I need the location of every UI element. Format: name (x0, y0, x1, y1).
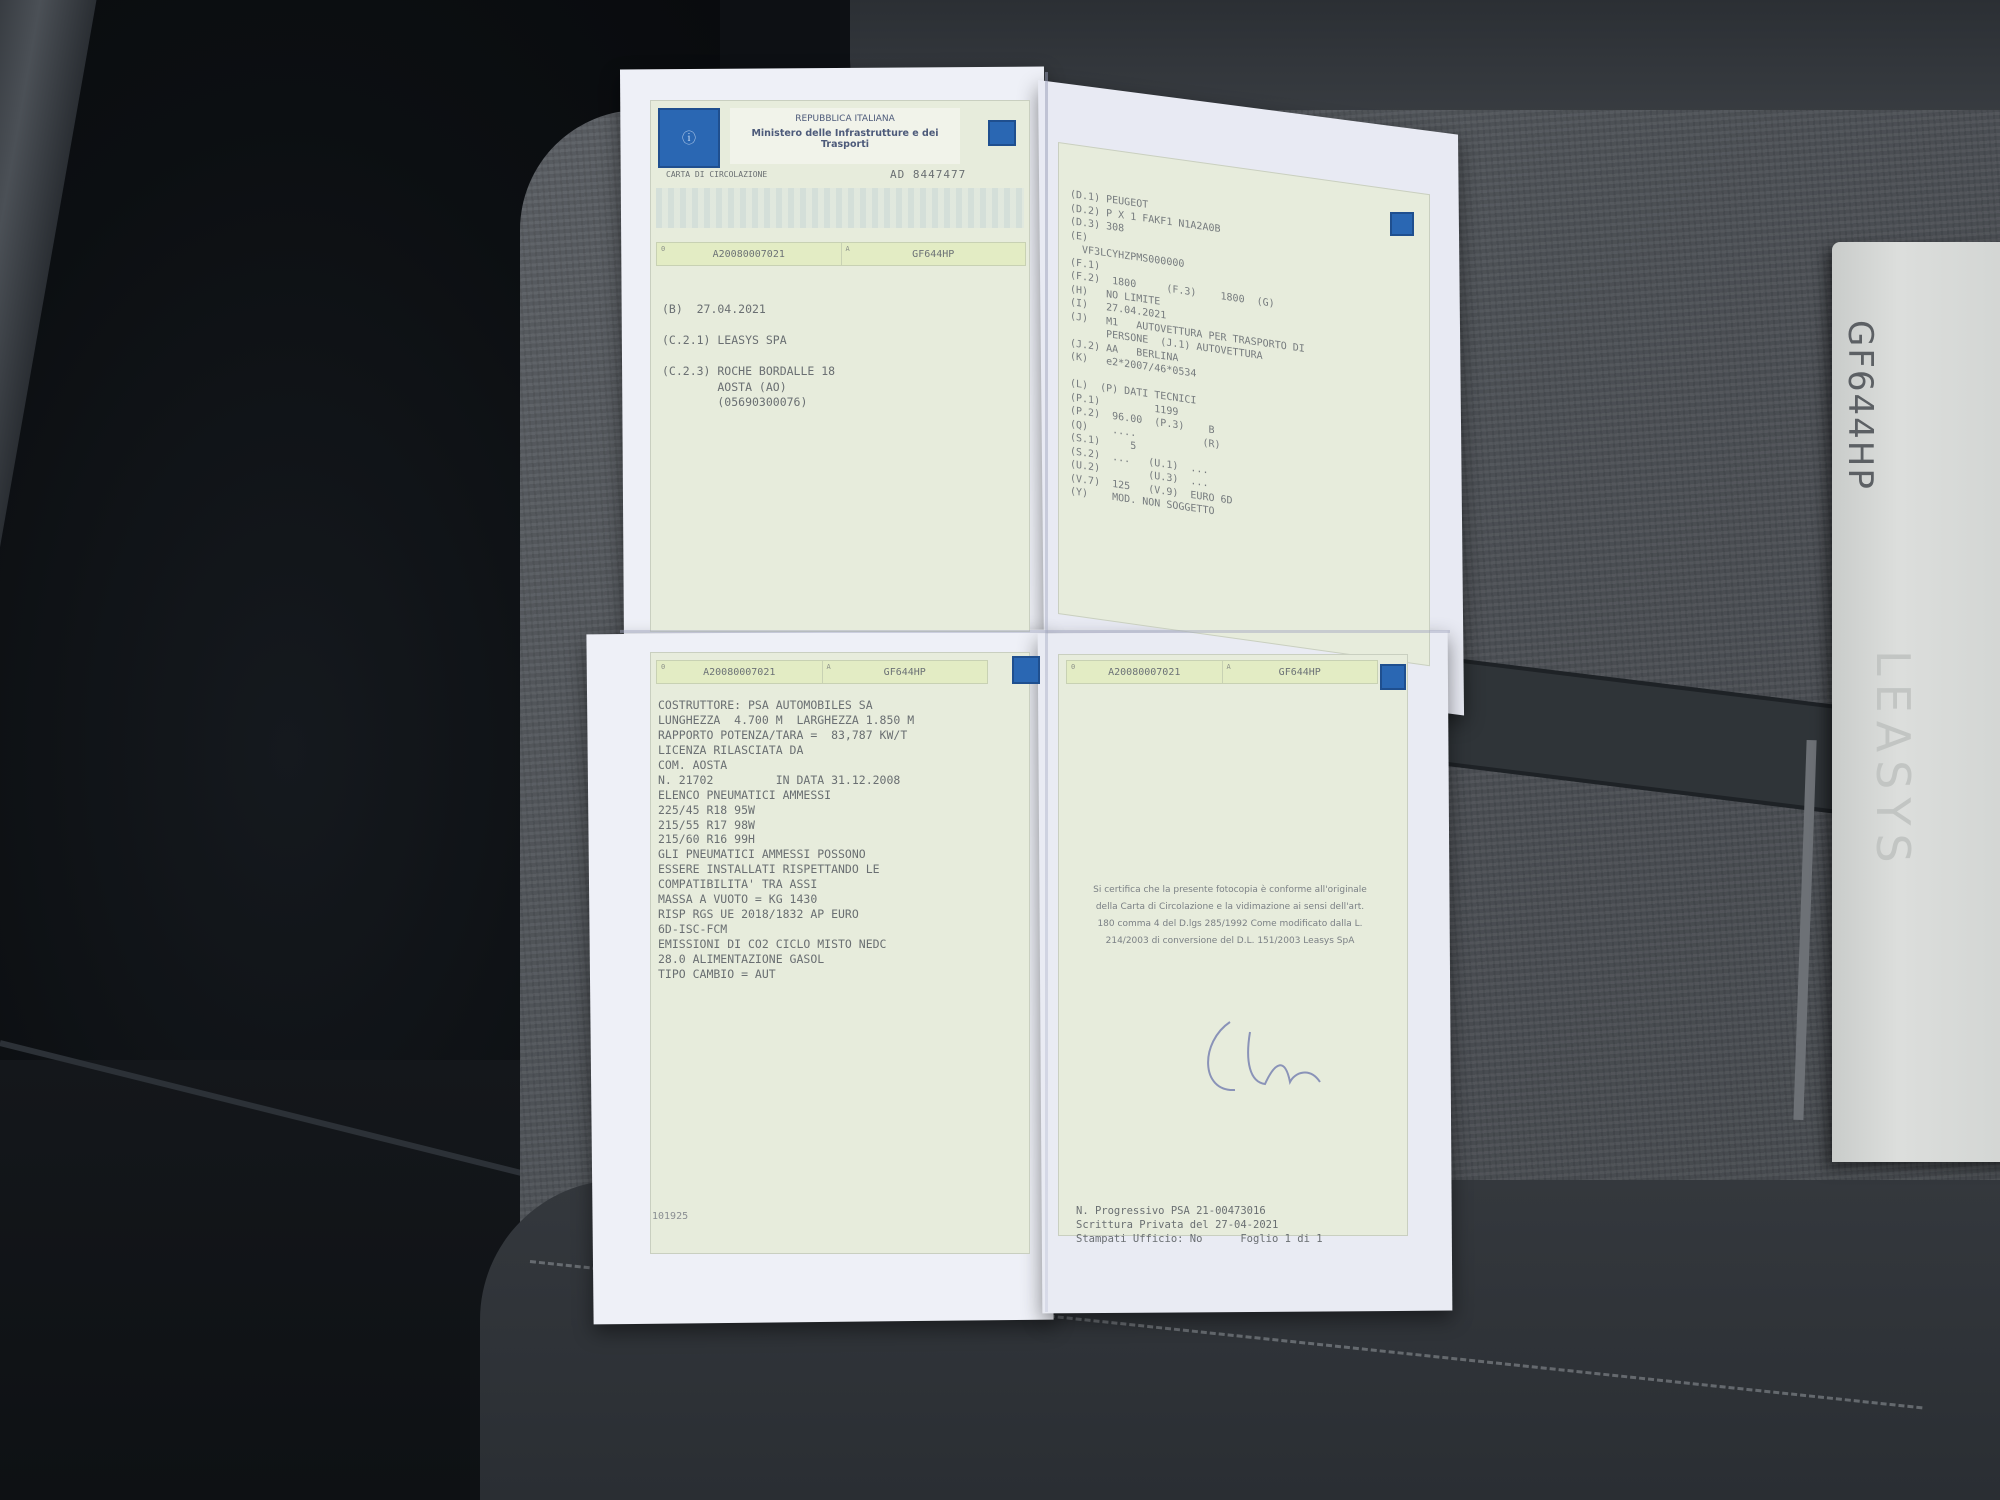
ministry-header: REPUBBLICA ITALIANA Ministero delle Infr… (730, 108, 960, 164)
id-row-bottom-left: 0A20080007021 AGF644HP (656, 660, 988, 684)
doc-number: AD 8447477 (890, 168, 966, 183)
technical-notes: COSTRUTTORE: PSA AUTOMOBILES SA LUNGHEZZ… (658, 698, 914, 982)
ministry-line-1: REPUBBLICA ITALIANA (730, 114, 960, 124)
id-cell-chassis: 0A20080007021 (657, 661, 823, 683)
owner-details: (B) 27.04.2021 (C.2.1) LEASYS SPA (C.2.3… (662, 302, 835, 411)
id-cell-chassis: 0A20080007021 (657, 243, 842, 265)
italian-republic-emblem-icon: ⓘ (658, 108, 720, 168)
corner-marker-icon (1380, 664, 1406, 690)
registration-document: ⓘ REPUBBLICA ITALIANA Ministero delle In… (590, 62, 1470, 1322)
id-cell-plate: AGF644HP (842, 243, 1026, 265)
vehicle-data: (D.1) PEUGEOT (D.2) P X 1 FAKF1 N1A2A0B … (1070, 188, 1305, 532)
id-cell-plate: AGF644HP (823, 661, 988, 683)
fold-crease-horizontal (620, 630, 1450, 633)
folder-logo: LEASYS (1866, 650, 1920, 871)
corner-marker-icon (988, 120, 1016, 146)
corner-marker-icon (1390, 212, 1414, 236)
footer-code: 101925 (652, 1210, 688, 1224)
fold-crease-vertical (1045, 72, 1048, 1312)
id-cell-chassis: 0A20080007021 (1067, 661, 1223, 683)
certification-text: Si certifica che la presente fotocopia è… (1090, 882, 1370, 950)
footer-progressive: N. Progressivo PSA 21-00473016 Scrittura… (1076, 1204, 1323, 1247)
doc-type: CARTA DI CIRCOLAZIONE (666, 170, 767, 181)
id-row-bottom-right: 0A20080007021 AGF644HP (1066, 660, 1378, 684)
ministry-line-2: Ministero delle Infrastrutture e dei Tra… (730, 128, 960, 150)
id-cell-plate: AGF644HP (1223, 661, 1378, 683)
security-stripe (656, 188, 1024, 228)
corner-marker-icon (1012, 656, 1040, 684)
id-row-top-left: 0A20080007021 AGF644HP (656, 242, 1026, 266)
folder-plate-label: GF644HP (1840, 320, 1880, 491)
signature-icon (1190, 1012, 1340, 1102)
